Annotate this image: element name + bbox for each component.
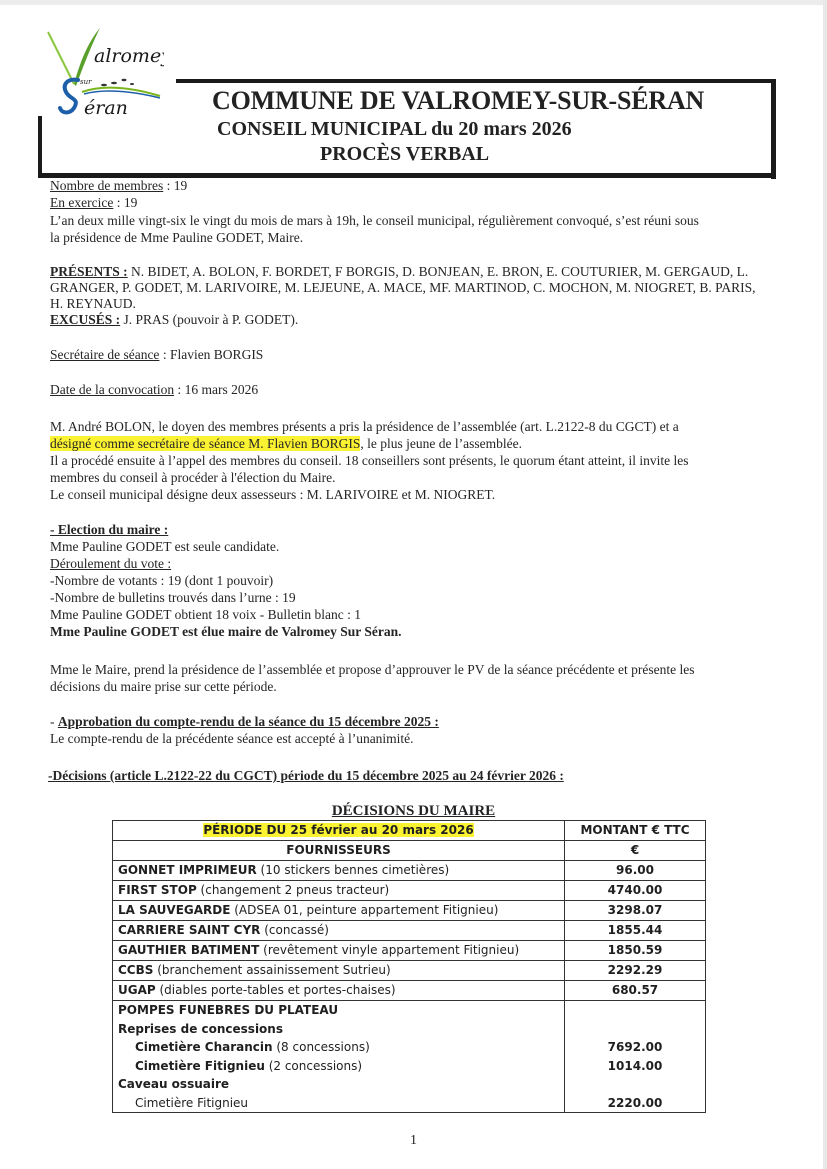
present-label: PRÉSENTS : [50,264,128,279]
supplier-name: CCBS [118,963,153,977]
amount-cell: 3298.07 [565,901,706,921]
document-type: PROCÈS VERBAL [320,143,489,166]
mayor-decisions-table: PÉRIODE DU 25 février au 20 mars 2026 MO… [112,820,706,1113]
period-header: PÉRIODE DU 25 février au 20 mars 2026 [113,821,565,841]
group-item-detail: (8 concessions) [273,1040,370,1054]
excused-members: EXCUSÉS : J. PRAS (pouvoir à P. GODET). [50,311,298,328]
group-item-detail: (2 concessions) [265,1059,362,1073]
present-list-1: N. BIDET, A. BOLON, F. BORDET, F BORGIS,… [128,264,749,279]
excused-list: J. PRAS (pouvoir à P. GODET). [120,312,298,327]
election-candidate: Mme Pauline GODET est seule candidate. [50,538,279,555]
amount-cell: 96.00 [565,861,706,881]
supplier-detail: (diables porte-tables et portes-chaises) [156,983,396,997]
empty-amount-cell [565,1075,706,1094]
ballots-count: -Nombre de bulletins trouvés dans l’urne… [50,589,296,606]
vote-result: Mme Pauline GODET obtient 18 voix - Bull… [50,606,361,623]
highlighted-secretary-designation: désigné comme secrétaire de séance M. Fl… [50,436,360,451]
table-row: GONNET IMPRIMEUR (10 stickers bennes cim… [113,861,706,881]
group-supplier-name: POMPES FUNEBRES DU PLATEAU [118,1003,338,1017]
group-item-name: Cimetière Charancin [135,1040,273,1054]
header-frame-left [38,116,42,178]
amount-cell: 1855.44 [565,921,706,941]
group-subheading-row: Reprises de concessions [113,1020,706,1039]
supplier-detail: (revêtement vinyle appartement Fitignieu… [259,943,519,957]
empty-amount-cell [565,1020,706,1039]
amount-cell: 1014.00 [565,1057,706,1076]
currency-header: € [565,841,706,861]
supplier-cell: FIRST STOP (changement 2 pneus tracteur) [113,881,565,901]
members-in-office-label: En exercice [50,195,113,210]
members-in-office-value: : 19 [113,195,137,210]
table-row: CARRIERE SAINT CYR (concassé)1855.44 [113,921,706,941]
group-item-cell: Cimetière Fitignieu [113,1094,565,1113]
header-frame-right [771,79,776,179]
group-row: POMPES FUNEBRES DU PLATEAU [113,1001,706,1020]
members-count-label: Nombre de membres [50,178,163,193]
opening-line-2-rest: , le plus jeune de l’assemblée. [360,436,522,451]
table-row: UGAP (diables porte-tables et portes-cha… [113,981,706,1001]
group-amount-cell [565,1001,706,1020]
opening-line-5: Le conseil municipal désigne deux assess… [50,486,495,503]
supplier-cell: CCBS (branchement assainissement Sutrieu… [113,961,565,981]
group-item-row: Cimetière Fitignieu 2220.00 [113,1094,706,1113]
page-number: 1 [0,1133,827,1149]
intro-line-1: L’an deux mille vingt-six le vingt du mo… [50,212,699,229]
approval-prefix: - [50,714,58,729]
present-members-line-3: H. REYNAUD. [50,295,136,312]
table-row: FIRST STOP (changement 2 pneus tracteur)… [113,881,706,901]
supplier-cell: GAUTHIER BATIMENT (revêtement vinyle app… [113,941,565,961]
approval-heading-text: Approbation du compte-rendu de la séance… [58,714,439,729]
opening-line-3: Il a procédé ensuite à l’appel des membr… [50,452,688,469]
svg-text:alromey: alromey [94,45,164,67]
secretary-label: Secrétaire de séance [50,347,159,362]
supplier-name: GAUTHIER BATIMENT [118,943,259,957]
supplier-detail: (branchement assainissement Sutrieu) [153,963,390,977]
convocation-label: Date de la convocation [50,382,174,397]
document-title: COMMUNE DE VALROMEY-SUR-SÉRAN [212,86,704,116]
document-subtitle: CONSEIL MUNICIPAL du 20 mars 2026 [217,118,572,141]
decisions-table-title-text: DÉCISIONS DU MAIRE [332,803,495,819]
supplier-detail: (ADSEA 01, peinture appartement Fitignie… [230,903,498,917]
supplier-detail: (10 stickers bennes cimetières) [257,863,449,877]
supplier-cell: LA SAUVEGARDE (ADSEA 01, peinture appart… [113,901,565,921]
decisions-table-title: DÉCISIONS DU MAIRE [0,803,827,820]
opening-line-4: membres du conseil à procéder à l'électi… [50,469,335,486]
supplier-header: FOURNISSEURS [113,841,565,861]
amount-cell: 4740.00 [565,881,706,901]
session-secretary: Secrétaire de séance : Flavien BORGIS [50,346,263,363]
present-members-line-1: PRÉSENTS : N. BIDET, A. BOLON, F. BORDET… [50,263,748,280]
table-header-row: PÉRIODE DU 25 février au 20 mars 2026 MO… [113,821,706,841]
presidency-line-1: Mme le Maire, prend la présidence de l’a… [50,661,694,678]
vote-process-label: Déroulement du vote : [50,555,171,572]
scan-edge-right [823,0,827,1169]
table-row: CCBS (branchement assainissement Sutrieu… [113,961,706,981]
group-subheading-row: Caveau ossuaire [113,1075,706,1094]
table-subheader-row: FOURNISSEURS € [113,841,706,861]
table-row: GAUTHIER BATIMENT (revêtement vinyle app… [113,941,706,961]
members-count-value: : 19 [163,178,187,193]
presidency-line-2: décisions du maire prise sur cette pério… [50,678,277,695]
group-item-cell: Cimetière Fitignieu (2 concessions) [113,1057,565,1076]
group-item-row: Cimetière Charancin (8 concessions) 7692… [113,1038,706,1057]
supplier-cell: UGAP (diables porte-tables et portes-cha… [113,981,565,1001]
members-count: Nombre de membres : 19 [50,177,187,194]
header-frame-top [176,79,776,83]
supplier-detail: (concassé) [260,923,329,937]
secretary-value: : Flavien BORGIS [159,347,263,362]
supplier-cell: CARRIERE SAINT CYR (concassé) [113,921,565,941]
mayor-elected: Mme Pauline GODET est élue maire de Valr… [50,623,402,640]
supplier-name: UGAP [118,983,156,997]
convocation-value: : 16 mars 2026 [174,382,258,397]
decisions-heading: -Décisions (article L.2122-22 du CGCT) p… [48,767,564,784]
svg-text:sur: sur [80,78,92,86]
period-header-text: PÉRIODE DU 25 février au 20 mars 2026 [203,823,473,837]
supplier-name: GONNET IMPRIMEUR [118,863,257,877]
supplier-cell: GONNET IMPRIMEUR (10 stickers bennes cim… [113,861,565,881]
group-subheading: Reprises de concessions [113,1020,565,1039]
svg-text:éran: éran [84,97,128,119]
group-subheading-text: Reprises de concessions [118,1022,283,1036]
group-subheading: Caveau ossuaire [113,1075,565,1094]
supplier-name: FIRST STOP [118,883,197,897]
amount-cell: 1850.59 [565,941,706,961]
opening-line-1: M. André BOLON, le doyen des membres pré… [50,418,679,435]
excused-label: EXCUSÉS : [50,312,120,327]
approval-heading: - Approbation du compte-rendu de la séan… [50,713,439,730]
present-members-line-2: GRANGER, P. GODET, M. LARIVOIRE, M. LEJE… [50,279,756,296]
supplier-name: CARRIERE SAINT CYR [118,923,260,937]
group-item-row: Cimetière Fitignieu (2 concessions) 1014… [113,1057,706,1076]
intro-line-2: la présidence de Mme Pauline GODET, Mair… [50,229,303,246]
supplier-name: LA SAUVEGARDE [118,903,230,917]
convocation-date: Date de la convocation : 16 mars 2026 [50,381,258,398]
amount-cell: 680.57 [565,981,706,1001]
group-item-name: Cimetière Fitignieu [135,1059,265,1073]
amount-header: MONTANT € TTC [565,821,706,841]
approval-text: Le compte-rendu de la précédente séance … [50,730,414,747]
table-row: LA SAUVEGARDE (ADSEA 01, peinture appart… [113,901,706,921]
group-subheading-text: Caveau ossuaire [118,1077,229,1091]
commune-logo: alromey sur éran [44,22,164,122]
supplier-detail: (changement 2 pneus tracteur) [197,883,389,897]
logo-graphic: alromey sur éran [44,22,164,122]
group-item-cell: Cimetière Charancin (8 concessions) [113,1038,565,1057]
amount-cell: 2220.00 [565,1094,706,1113]
opening-line-2: désigné comme secrétaire de séance M. Fl… [50,435,522,452]
scan-edge-top [0,0,827,5]
election-heading: - Election du maire : [50,521,168,538]
amount-cell: 2292.29 [565,961,706,981]
members-in-office: En exercice : 19 [50,194,137,211]
group-supplier-cell: POMPES FUNEBRES DU PLATEAU [113,1001,565,1020]
voters-count: -Nombre de votants : 19 (dont 1 pouvoir) [50,572,273,589]
amount-cell: 7692.00 [565,1038,706,1057]
